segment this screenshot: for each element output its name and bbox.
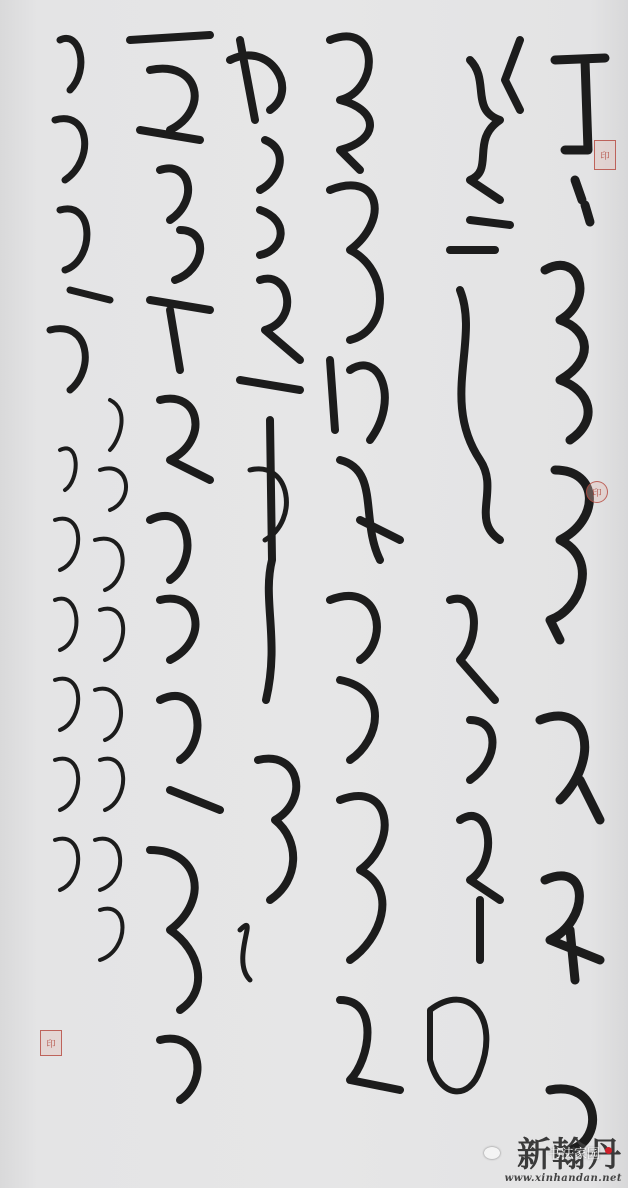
column-4 [230,40,300,980]
inscription-column [55,400,126,960]
wechat-icon [484,1147,500,1159]
column-5 [130,35,220,1100]
column-1 [540,58,605,1150]
column-6 [50,38,110,390]
red-dot-icon [605,1147,612,1154]
watermark-url: www.xinhandan.net [505,1173,622,1184]
column-3 [330,36,400,1090]
calligraphy-ink-strokes [0,0,628,1188]
seal-top-right: 印 [594,140,616,170]
calligraphy-scroll: 印 印 印 新翰丹 www.xinhandan.net 书法家园 [0,0,628,1188]
watermark: 新翰丹 www.xinhandan.net 书法家园 [505,1137,622,1184]
column-2 [430,40,520,1091]
seal-round-right: 印 [586,481,608,503]
watermark-overlay: 书法家园 [548,1143,600,1162]
seal-bottom-left: 印 [40,1030,62,1056]
